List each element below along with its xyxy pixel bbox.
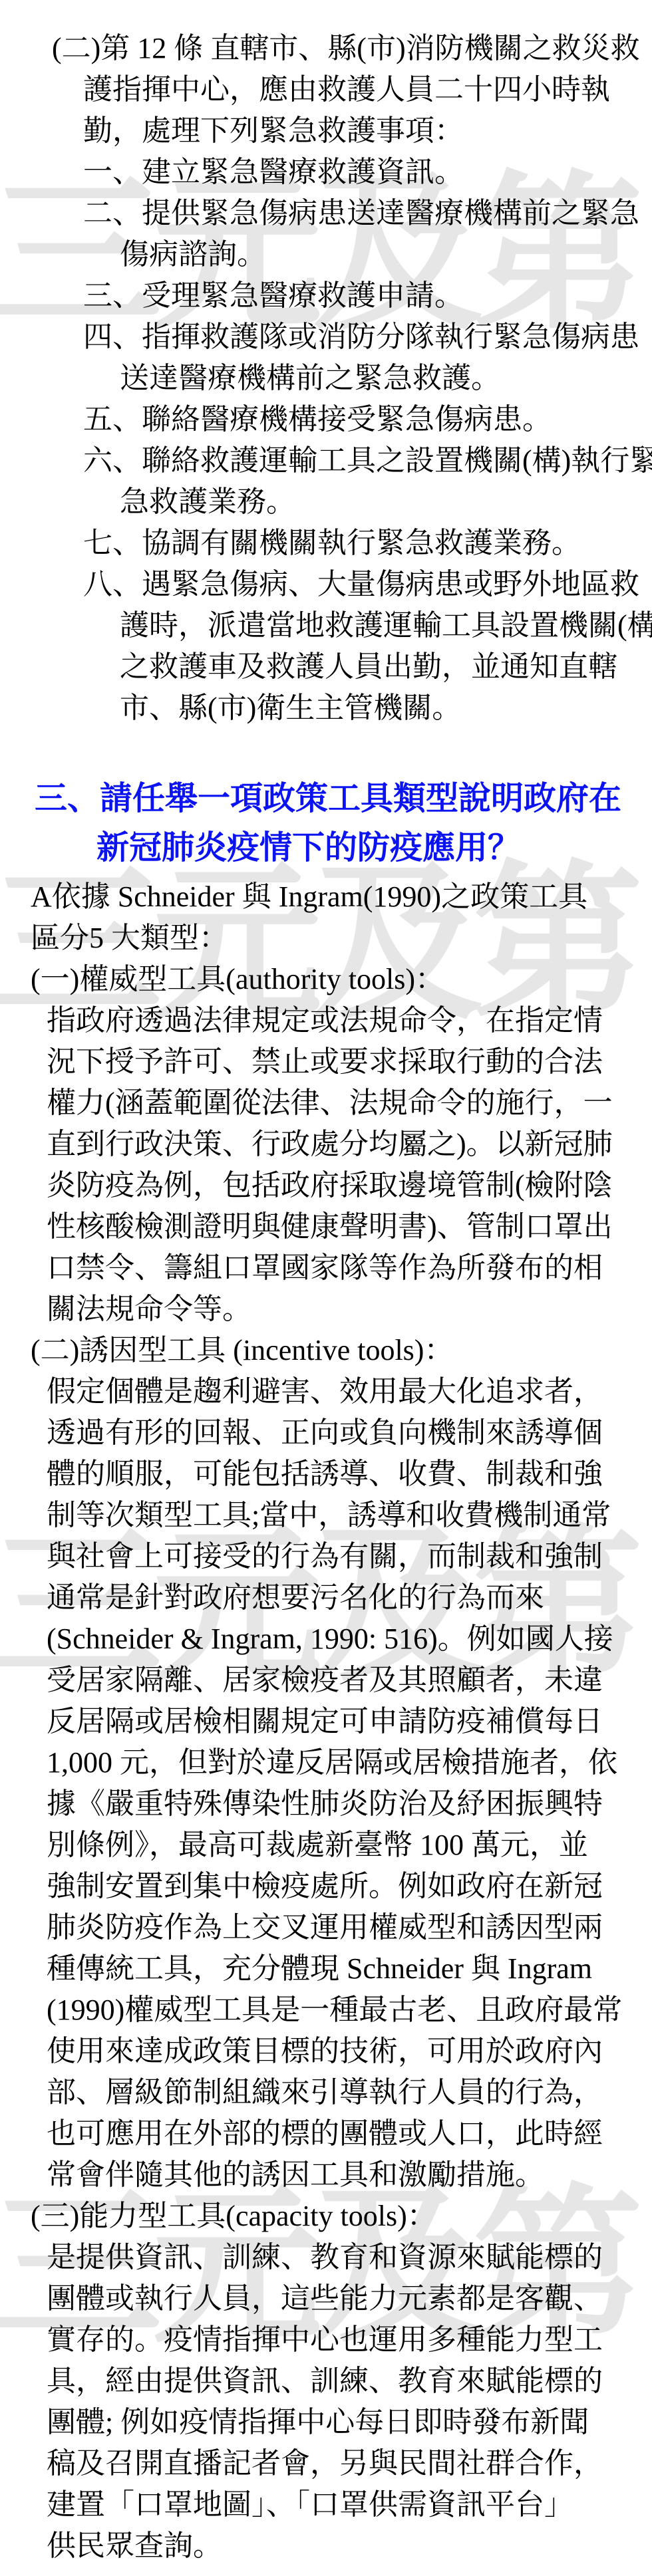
text-line: 團體或執行人員，這些能力元素都是客觀、	[0, 2278, 652, 2319]
text-line: 關法規命令等。	[0, 1289, 652, 1330]
text-line: 部、層級節制組織來引導執行人員的行為，	[0, 2072, 652, 2113]
text-line: 常會伴隨其他的誘因工具和激勵措施。	[0, 2154, 652, 2196]
text-line: 別條例》，最高可裁處新臺幣 100 萬元，並	[0, 1825, 652, 1866]
text-line: 透過有形的回報、正向或負向機制來誘導個	[0, 1412, 652, 1454]
text-line: 也可應用在外部的標的團體或人口，此時經	[0, 2113, 652, 2154]
text-line: 反居隔或居檢相關規定可申請防疫補償每日	[0, 1701, 652, 1742]
text-line: 指政府透過法律規定或法規命令，在指定情	[0, 1000, 652, 1041]
text-line: 直到行政決策、行政處分均屬之)。以新冠肺	[0, 1124, 652, 1165]
text-line: 假定個體是趨利避害、效用最大化追求者，	[0, 1371, 652, 1412]
text-line: 四、指揮救護隊或消防分隊執行緊急傷病患	[0, 317, 652, 358]
question-heading-line: 新冠肺炎疫情下的防疫應用？	[0, 823, 652, 872]
question-heading-line: 三、請任舉一項政策工具類型說明政府在	[0, 774, 652, 823]
text-line: (1990)權威型工具是一種最古老、且政府最常	[0, 1990, 652, 2031]
text-line: (三)能力型工具(capacity tools)：	[0, 2196, 652, 2237]
text-line: 制等次類型工具;當中，誘導和收費機制通常	[0, 1495, 652, 1536]
text-line: 肺炎防疫作為上交叉運用權威型和誘因型兩	[0, 1907, 652, 1948]
text-line: 通常是針對政府想要污名化的行為而來	[0, 1577, 652, 1618]
text-line: 急救護業務。	[0, 481, 652, 523]
text-line: 供民眾查詢。	[0, 2525, 652, 2567]
text-line: 市、縣(市)衛生主管機關。	[0, 688, 652, 729]
text-line: 二、提供緊急傷病患送達醫療機構前之緊急	[0, 193, 652, 234]
text-line: 受居家隔離、居家檢疫者及其照顧者，未違	[0, 1660, 652, 1701]
text-line: 1,000 元，但對於違反居隔或居檢措施者，依	[0, 1742, 652, 1783]
text-line: 口禁令、籌組口罩國家隊等作為所發布的相	[0, 1247, 652, 1289]
text-line: 護時，派遣當地救護運輸工具設置機關(構)	[0, 605, 652, 646]
text-line: 之救護車及救護人員出勤，並通知直轄	[0, 646, 652, 688]
text-line: 權力(涵蓋範圍從法律、法規命令的施行，一	[0, 1083, 652, 1124]
text-line: 送達醫療機構前之緊急救護。	[0, 358, 652, 399]
text-line: 八、遇緊急傷病、大量傷病患或野外地區救	[0, 564, 652, 605]
text-line: 體的順服，可能包括誘導、收費、制裁和強	[0, 1454, 652, 1495]
text-line: A依據 Schneider 與 Ingram(1990)之政策工具	[0, 876, 652, 918]
text-line: (二)誘因型工具 (incentive tools)：	[0, 1330, 652, 1371]
text-line: 一、建立緊急醫療救護資訊。	[0, 152, 652, 193]
text-line: 性核酸檢測證明與健康聲明書)、管制口罩出	[0, 1206, 652, 1247]
text-line: 護指揮中心，應由救護人員二十四小時執	[0, 69, 652, 110]
text-line: 建置「口罩地圖」、「口罩供需資訊平台」	[0, 2484, 652, 2525]
text-line: 使用來達成政策目標的技術，可用於政府內	[0, 2031, 652, 2072]
text-line: 傷病諮詢。	[0, 234, 652, 275]
text-line: 稿及召開直播記者會，另與民間社群合作，	[0, 2443, 652, 2484]
text-line: 是提供資訊、訓練、教育和資源來賦能標的	[0, 2237, 652, 2278]
text-line: 實存的。疫情指揮中心也運用多種能力型工	[0, 2319, 652, 2361]
text-line: 炎防疫為例，包括政府採取邊境管制(檢附陰	[0, 1165, 652, 1206]
text-line: (二)第 12 條 直轄市、縣(市)消防機關之救災救	[0, 28, 652, 69]
text-line: 區分5 大類型：	[0, 918, 652, 959]
text-line: 具，經由提供資訊、訓練、教育來賦能標的	[0, 2361, 652, 2402]
text-line: 勤，處理下列緊急救護事項：	[0, 110, 652, 152]
text-line: 七、協調有關機關執行緊急救護業務。	[0, 523, 652, 564]
text-line: 團體; 例如疫情指揮中心每日即時發布新聞	[0, 2402, 652, 2443]
text-line: 種傳統工具，充分體現 Schneider 與 Ingram	[0, 1948, 652, 1990]
text-line: 強制安置到集中檢疫處所。例如政府在新冠	[0, 1866, 652, 1907]
text-line: (一)權威型工具(authority tools)：	[0, 959, 652, 1000]
text-line: (Schneider & Ingram, 1990: 516)。例如國人接	[0, 1618, 652, 1660]
text-line: 五、聯絡醫療機構接受緊急傷病患。	[0, 399, 652, 440]
text-line: 據《嚴重特殊傳染性肺炎防治及紓困振興特	[0, 1783, 652, 1825]
text-line: 六、聯絡救護運輸工具之設置機關(構)執行緊	[0, 440, 652, 481]
document-body: (二)第 12 條 直轄市、縣(市)消防機關之救災救護指揮中心，應由救護人員二十…	[0, 0, 652, 2567]
document-page: 三元及第三元及第三元及第三元及第 (二)第 12 條 直轄市、縣(市)消防機關之…	[0, 0, 652, 2576]
text-line: 三、受理緊急醫療救護申請。	[0, 275, 652, 317]
text-line: 況下授予許可、禁止或要求採取行動的合法	[0, 1041, 652, 1083]
text-line: 與社會上可接受的行為有關，而制裁和強制	[0, 1536, 652, 1577]
